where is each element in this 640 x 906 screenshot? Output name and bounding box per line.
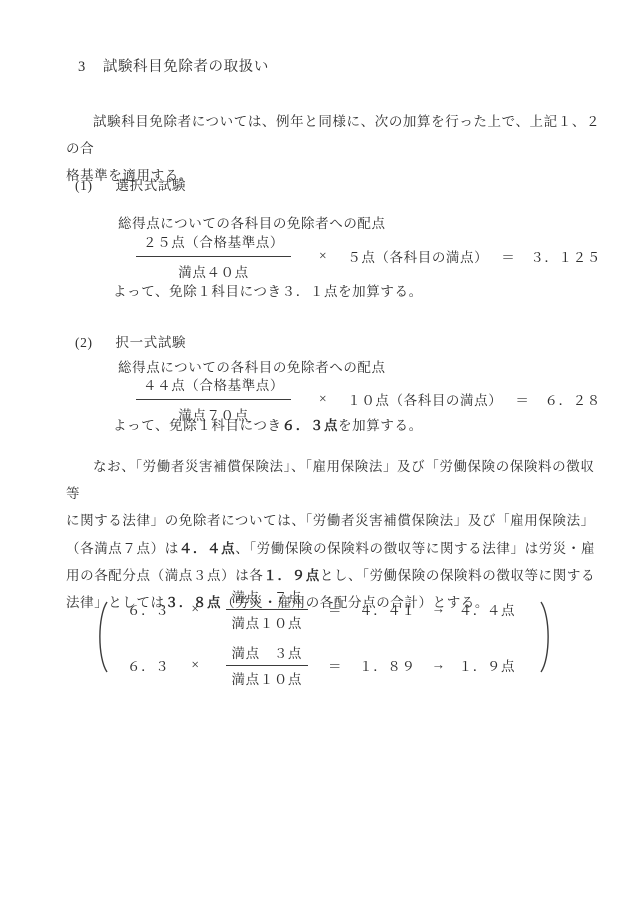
note-line: （各満点７点）は４．４点、「労働保険の保険料の徴収等に関する法律」は労災・雇 [66, 535, 608, 562]
section-title-text: 試験科目免除者の取扱い [103, 59, 269, 75]
subsection-2-title: 択一式試験 [116, 335, 187, 350]
equals-sign: ＝ [501, 246, 515, 266]
equals-sign: ＝ [515, 389, 529, 409]
fraction-selective: ２５点（合格基準点） 満点４０点 [136, 231, 291, 281]
formula-factor: ５点（各科目の満点） [347, 246, 488, 266]
conclusion-text: よって、免除１科目につき [113, 284, 282, 299]
page-title: 3試験科目免除者の取扱い [78, 55, 269, 76]
formula-factor: １０点（各科目の満点） [347, 389, 502, 409]
allocation-heading-1: 総得点についての各科目の免除者への配点 [118, 212, 386, 232]
note-text: 、「労働保険の保険料の徴収等に関する法律」は労災・雇 [235, 541, 595, 556]
conclusion-value: ６．３点 [282, 418, 338, 433]
conclusion-value: ３．１点 [282, 284, 338, 299]
conclusion-multiple-choice: よって、免除１科目につき６．３点を加算する。 [113, 414, 423, 434]
bracket-row-1: ６．３ × 満点 ７点 満点１０点 ＝ ４．４１ → ４．４点 [127, 586, 515, 632]
subsection-2-heading: (2)択一式試験 [75, 331, 186, 351]
conclusion-text: よって、免除１科目につき [113, 418, 282, 433]
arrow-icon: → [432, 657, 446, 673]
conclusion-selective: よって、免除１科目につき３．１点を加算する。 [113, 280, 423, 300]
rounded-result: １．９点 [459, 655, 515, 675]
conclusion-text: を加算する。 [338, 284, 423, 299]
formula-result: ３．１２５ [530, 246, 601, 266]
note-text: （各満点７点）は [66, 541, 179, 556]
fraction-denominator: 満点４０点 [171, 257, 256, 281]
subsection-1-label: (1) [75, 178, 93, 193]
fraction-numerator: 満点 ７点 [226, 586, 309, 610]
multiply-sign: × [191, 601, 199, 617]
bracket-calculation-block: ６．３ × 満点 ７点 満点１０点 ＝ ４．４１ → ４．４点 ６．３ × 満点… [95, 586, 553, 688]
small-fraction: 満点 ３点 満点１０点 [226, 642, 309, 688]
note-line: に関する法律」の免除者については、「労働者災害補償保険法」及び「雇用保険法」 [66, 507, 608, 534]
fraction-denominator: 満点１０点 [226, 666, 309, 688]
arrow-icon: → [432, 601, 446, 617]
left-parenthesis [95, 600, 109, 674]
note-text: とし、「労働保険の保険料の徴収等に関する [320, 568, 595, 583]
fraction-numerator: ２５点（合格基準点） [136, 231, 291, 257]
section-number: 3 [78, 59, 86, 75]
rounded-result: ４．４点 [459, 599, 515, 619]
equals-sign: ＝ [328, 599, 342, 619]
bracket-row-2: ６．３ × 満点 ３点 満点１０点 ＝ １．８９ → １．９点 [127, 642, 515, 688]
note-text: 用の各配分点（満点３点）は各 [66, 568, 263, 583]
subsection-1-title: 選択式試験 [116, 178, 187, 193]
fraction-numerator: ４４点（合格基準点） [136, 374, 291, 400]
multiply-sign: × [191, 657, 199, 673]
multiply-sign: × [319, 391, 327, 407]
equals-sign: ＝ [328, 655, 342, 675]
intro-line: 試験科目免除者については、例年と同様に、次の加算を行った上で、上記１、２の合 [66, 108, 606, 162]
multiply-sign: × [319, 248, 327, 264]
note-value: １．９点 [263, 568, 319, 583]
allocation-heading-2: 総得点についての各科目の免除者への配点 [118, 356, 386, 376]
document-page: 3試験科目免除者の取扱い 試験科目免除者については、例年と同様に、次の加算を行っ… [0, 0, 640, 906]
note-text: なお、「労働者災害補償保険法」、「雇用保険法」及び「労働保険の保険料の徴収等 [66, 459, 594, 501]
small-fraction: 満点 ７点 満点１０点 [226, 586, 309, 632]
note-line: 用の各配分点（満点３点）は各１．９点とし、「労働保険の保険料の徴収等に関する [66, 562, 608, 589]
raw-result: １．８９ [359, 655, 415, 675]
raw-result: ４．４１ [359, 599, 415, 619]
conclusion-text: を加算する。 [338, 418, 423, 433]
note-text: に関する法律」の免除者については、「労働者災害補償保険法」及び「雇用保険法」 [66, 513, 595, 528]
subsection-2-label: (2) [75, 335, 93, 350]
formula-result: ６．２８ [544, 389, 600, 409]
note-line: なお、「労働者災害補償保険法」、「雇用保険法」及び「労働保険の保険料の徴収等 [66, 453, 608, 507]
right-parenthesis [539, 600, 553, 674]
fraction-denominator: 満点１０点 [226, 610, 309, 632]
bracket-rows: ６．３ × 満点 ７点 満点１０点 ＝ ４．４１ → ４．４点 ６．３ × 満点… [127, 586, 515, 688]
coefficient: ６．３ [127, 655, 169, 675]
coefficient: ６．３ [127, 599, 169, 619]
formula-selective: ２５点（合格基準点） 満点４０点 × ５点（各科目の満点） ＝ ３．１２５ [136, 231, 601, 281]
note-value: ４．４点 [179, 541, 235, 556]
subsection-1-heading: (1)選択式試験 [75, 174, 186, 194]
fraction-numerator: 満点 ３点 [226, 642, 309, 666]
